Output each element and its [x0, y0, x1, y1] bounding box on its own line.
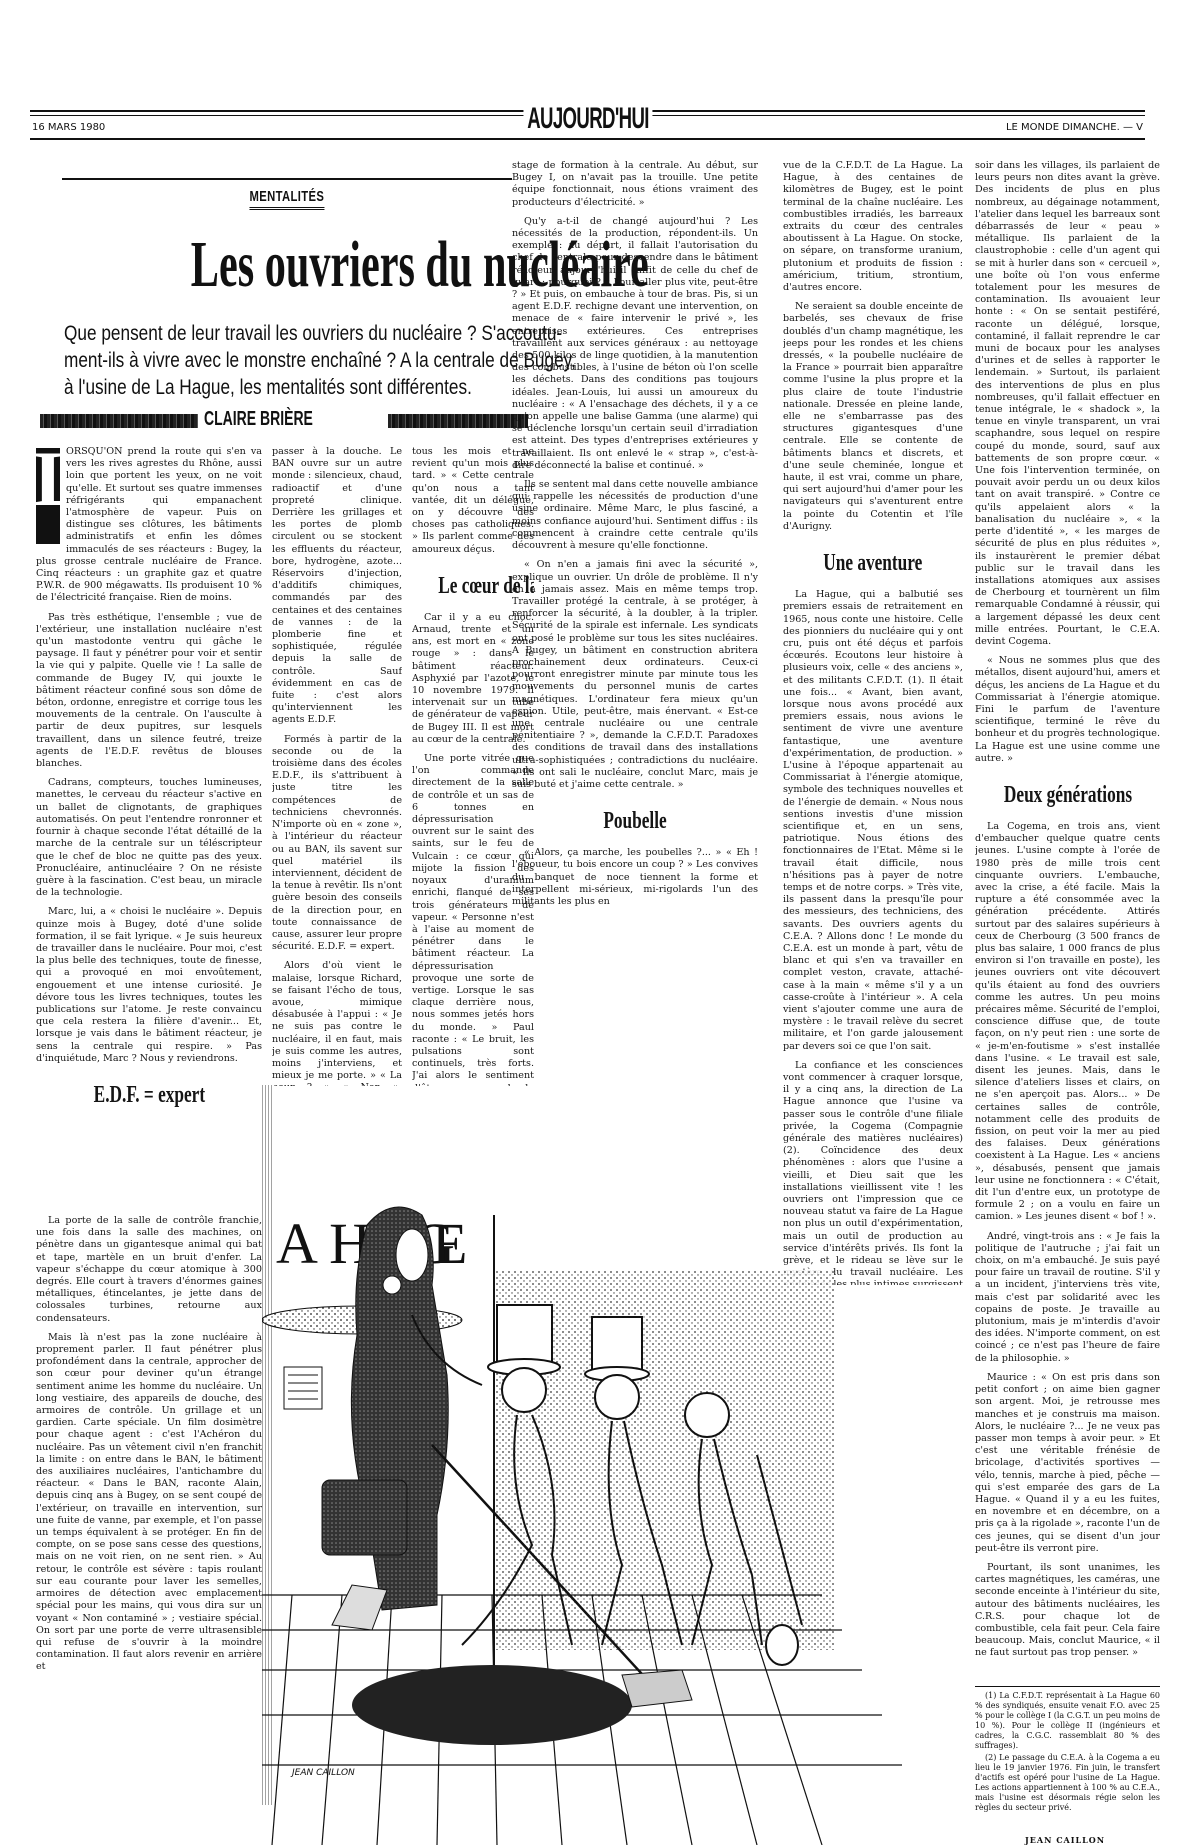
paragraph: « Alors, ça marche, les poubelles ?... »… [512, 847, 758, 908]
author-name: CLAIRE BRIÈRE [204, 408, 313, 431]
footnote: (2) Le passage du C.E.A. à la Cogema a e… [975, 1753, 1160, 1813]
article-top-rule [62, 178, 512, 180]
column-1-continued: La porte de la salle de contrôle franchi… [36, 1215, 262, 1835]
paragraph: La porte de la salle de contrôle franchi… [36, 1215, 262, 1325]
paragraph: Ils se sentent mal dans cette nouvelle a… [512, 479, 758, 552]
paragraph: La Hague, qui a balbutié ses premiers es… [783, 589, 963, 1053]
column-2: passer à la douche. Le BAN ouvre sur un … [272, 446, 402, 1086]
subhead-aventure: Une aventure [783, 549, 963, 577]
newspaper-page: 16 MARS 1980 AUJOURD'HUI LE MONDE DIMANC… [0, 0, 1200, 1848]
issue-date: 16 MARS 1980 [32, 122, 105, 133]
detector-device [622, 1670, 692, 1707]
column-6: soir dans les villages, ils parlaient de… [975, 160, 1160, 1680]
paragraph: Formés à partir de la seconde ou de la t… [272, 734, 402, 954]
wall-hatching [262, 1085, 274, 1805]
kicker-text: MENTALITÉS [250, 188, 325, 210]
illustration-credit: JEAN CAILLON [1025, 1835, 1105, 1845]
masthead: 16 MARS 1980 AUJOURD'HUI LE MONDE DIMANC… [30, 108, 1145, 148]
paragraph: Pas très esthétique, l'ensemble ; vue de… [36, 612, 262, 771]
artist-signature: JEAN CAILLON [290, 1768, 355, 1778]
paragraph: « On n'en a jamais fini avec la sécurité… [512, 559, 758, 791]
subhead-text: E.D.F. = expert [93, 1081, 204, 1109]
paragraph: Ne seraient sa double enceinte de barbel… [783, 301, 963, 533]
paragraph: Marc, lui, a « choisi le nucléaire ». De… [36, 906, 262, 1065]
subhead-text: Poubelle [603, 807, 666, 835]
paragraph: vue de la C.F.D.T. de La Hague. La Hague… [783, 160, 963, 294]
cartoon-illustration: A HAG E [262, 1085, 962, 1845]
edition-label: LE MONDE DIMANCHE. — V [1006, 122, 1143, 133]
shadow [352, 1665, 632, 1745]
kicker: MENTALITÉS [62, 186, 512, 210]
paragraph: stage de formation à la centrale. Au déb… [512, 160, 758, 209]
paragraph: « Nous ne sommes plus que des métallos, … [975, 655, 1160, 765]
paragraph: Mais là n'est pas la zone nucléaire à pr… [36, 1332, 262, 1674]
svg-text:E: E [432, 1211, 467, 1276]
paragraph: soir dans les villages, ils parlaient de… [975, 160, 1160, 648]
byline: CLAIRE BRIÈRE [40, 410, 518, 432]
paragraph: Qu'y a-t-il de changé aujourd'hui ? Les … [512, 216, 758, 472]
illustration-drawing: A HAG E [262, 1085, 962, 1845]
subhead-text: Deux générations [1003, 781, 1131, 809]
top-hat [497, 1305, 552, 1365]
paragraph: La Cogema, en trois ans, vient d'embauch… [975, 821, 1160, 1224]
paragraph: André, vingt-trois ans : « Je fais la po… [975, 1231, 1160, 1365]
column-4: stage de formation à la centrale. Au déb… [512, 160, 758, 1085]
byline-bar [388, 414, 528, 428]
standfirst-line: ment-ils à vivre avec le monstre enchaîn… [64, 347, 499, 374]
byline-bar [40, 414, 198, 428]
paragraph: Maurice : « On est pris dans son petit c… [975, 1372, 1160, 1555]
subhead-deux-generations: Deux générations [975, 781, 1160, 809]
headline: Les ouvriers du nucléaire [62, 232, 522, 298]
paragraph: Pourtant, ils sont unanimes, les cartes … [975, 1562, 1160, 1660]
standfirst-line: Que pensent de leur travail les ouvriers… [64, 320, 499, 347]
paragraph: Alors d'où vient le malaise, lorsque Ric… [272, 960, 402, 1086]
footnotes: (1) La C.F.D.T. représentait à La Hague … [975, 1686, 1160, 1815]
subhead-text: Une aventure [823, 549, 922, 577]
standfirst-line: à l'usine de La Hague, les mentalités so… [64, 374, 499, 401]
bag [322, 1480, 407, 1555]
dropcap: L [36, 448, 60, 544]
column-1: L ORSQU'ON prend la route qui s'en va ve… [36, 446, 262, 1216]
subhead-poubelle: Poubelle [512, 807, 758, 835]
paragraph: passer à la douche. Le BAN ouvre sur un … [272, 446, 402, 727]
paragraph: ORSQU'ON prend la route qui s'en va vers… [36, 446, 262, 605]
section-title: AUJOURD'HUI [523, 102, 652, 136]
masthead-rule [30, 138, 1145, 140]
footnote: (1) La C.F.D.T. représentait à La Hague … [975, 1691, 1160, 1751]
paragraph: Cadrans, compteurs, touches lumineuses, … [36, 777, 262, 899]
subhead-edf-expert: E.D.F. = expert [36, 1081, 262, 1109]
